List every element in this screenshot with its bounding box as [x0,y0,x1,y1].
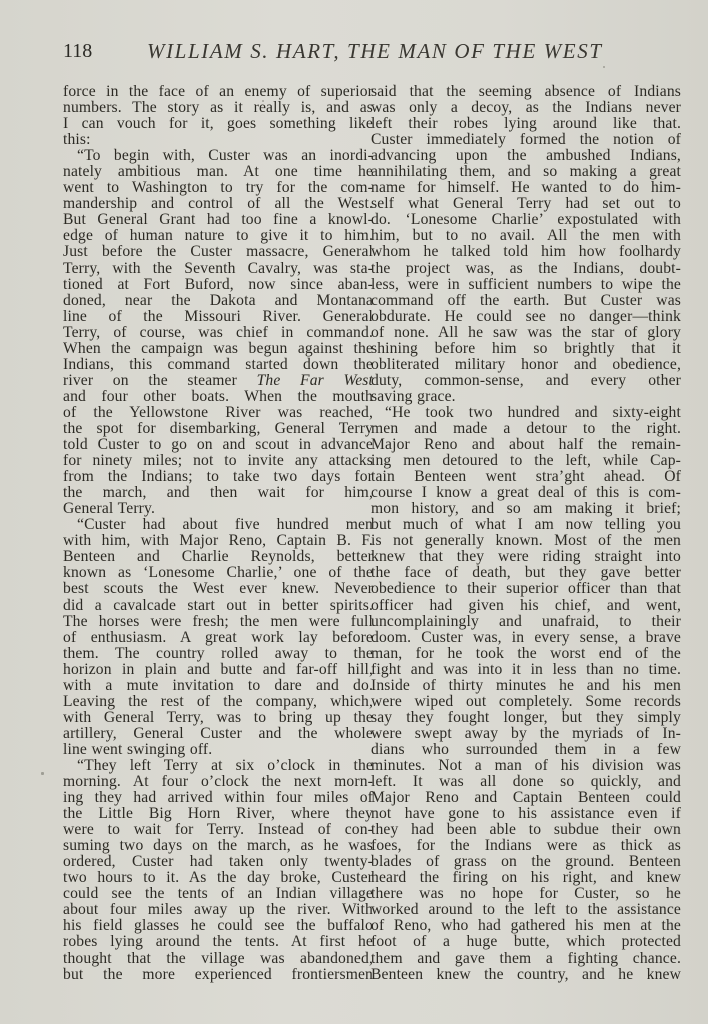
text-line: river on the steamer The Far West [63,373,373,389]
text-line: told Custer to go on and scout in advanc… [63,437,373,453]
text-line: blades of grass on the ground. Benteen [371,854,681,870]
text-line: duty, common-sense, and every other [371,373,681,389]
text-line: obedience to their superior officer than… [371,581,681,597]
text-line: went to Washington to try for the com- [63,180,373,196]
text-line: suming two days on the march, as he was [63,838,373,854]
text-line: could see the tents of an Indian village [63,886,373,902]
text-line: say they fought longer, but they simply [371,710,681,726]
text-line: General Terry. [63,501,373,517]
text-line: is not generally known. Most of the men [371,533,681,549]
text-line: known as ‘Lonesome Charlie,’ one of the [63,565,373,581]
text-line: command off the earth. But Custer was [371,293,681,309]
text-line: for ninety miles; not to invite any atta… [63,453,373,469]
text-line: uncomplainingly and unafraid, to their [371,614,681,630]
text-line: Terry, of course, was chief in command. [63,325,373,341]
text-line: line of the Missouri River. General [63,309,373,325]
text-line: morning. At four o’clock the next morn- [63,774,373,790]
text-line: from the Indians; to take two days for [63,469,373,485]
text-line: I can vouch for it, goes something like [63,116,373,132]
text-line: they had been able to subdue their own [371,822,681,838]
text-line: were swept away by the myriads of In- [371,726,681,742]
text-line: said that the seeming absence of Indians [371,84,681,100]
page-number: 118 [63,40,92,63]
text-line: numbers. The story as it really is, and … [63,100,373,116]
text-line: force in the face of an enemy of superio… [63,84,373,100]
text-line: thought that the village was abandoned, [63,951,373,967]
text-line: them and gave them a fighting chance. [371,951,681,967]
text-line: of enthusiasm. A great work lay before [63,630,373,646]
text-line: When the campaign was begun against the [63,341,373,357]
text-line: two hours to it. As the day broke, Custe… [63,870,373,886]
text-line: Just before the Custer massacre, General [63,244,373,260]
text-line: with him, with Major Reno, Captain B. F. [63,533,373,549]
text-line: the march, and then wait for him, [63,485,373,501]
text-line: annihilating them, and so making a great [371,164,681,180]
text-line: knew that they were riding straight into [371,549,681,565]
text-line: man, for he took the worst end of the [371,646,681,662]
text-line: of none. All he saw was the star of glor… [371,325,681,341]
text-line: were to wait for Terry. Instead of con- [63,822,373,838]
text-line: heard the firing on his right, and knew [371,870,681,886]
text-line: Leaving the rest of the company, which, [63,694,373,710]
text-line: men and made a detour to the right. [371,421,681,437]
text-line: robes lying around the tents. At first h… [63,934,373,950]
paper-speck [262,100,264,102]
paper-speck [594,49,596,51]
text-line: mandership and control of all the West. [63,196,373,212]
text-line: ordered, Custer had taken only twenty- [63,854,373,870]
text-line: Major Reno and about half the remain- [371,437,681,453]
text-line: Custer immediately formed the notion of [371,132,681,148]
text-line: about four miles away up the river. With [63,902,373,918]
text-line: but the more experienced frontiersmen [63,967,373,983]
text-line: obdurate. He could see no danger—think [371,309,681,325]
text-line: The horses were fresh; the men were full [63,614,373,630]
left-text-column: force in the face of an enemy of superio… [63,84,373,983]
text-line: and four other boats. When the mouth [63,389,373,405]
text-line: of Reno, who had gathered his men at the [371,918,681,934]
text-line: the spot for disembarking, General Terry [63,421,373,437]
text-line: nately ambitious man. At one time he [63,164,373,180]
text-line: Indians, this command started down the [63,357,373,373]
text-line: but much of what I am now telling you [371,517,681,533]
text-line: “They left Terry at six o’clock in the [63,758,373,774]
text-line: tioned at Fort Buford, now since aban- [63,277,373,293]
text-line: edge of human nature to give it to him. [63,228,373,244]
text-line: best scouts the West ever knew. Never [63,581,373,597]
text-line: self what General Terry had set out to [371,196,681,212]
paper-speck [41,772,44,775]
text-line: saving grace. [371,389,681,405]
text-line: “To begin with, Custer was an inordi- [63,148,373,164]
text-line: advancing upon the ambushed Indians, [371,148,681,164]
text-line: left. It was all done so quickly, and [371,774,681,790]
right-text-column: said that the seeming absence of Indians… [371,84,681,983]
text-line: the project was, as the Indians, doubt- [371,261,681,277]
text-line: was only a decoy, as the Indians never [371,100,681,116]
text-line: mon history, and so am making it brief; [371,501,681,517]
text-line: artillery, General Custer and the whole [63,726,373,742]
text-line: Inside of thirty minutes he and his men [371,678,681,694]
text-line: there was no hope for Custer, so he [371,886,681,902]
text-line: horizon in plain and butte and far-off h… [63,662,373,678]
text-line: ing men detoured to the left, while Cap- [371,453,681,469]
text-line: the Little Big Horn River, where they [63,806,373,822]
text-line: whom he talked told him how foolhardy [371,244,681,260]
text-line: “He took two hundred and sixty-eight [371,405,681,421]
running-head: WILLIAM S. HART, THE MAN OF THE WEST [147,39,603,64]
page-header: 118 WILLIAM S. HART, THE MAN OF THE WEST [63,40,623,68]
text-line: his field glasses he could see the buffa… [63,918,373,934]
text-line: doom. Custer was, in every sense, a brav… [371,630,681,646]
text-line: foot of a huge butte, which protected [371,934,681,950]
book-page: 118 WILLIAM S. HART, THE MAN OF THE WEST… [0,0,708,1024]
text-line: course I know a great deal of this is co… [371,485,681,501]
text-line: But General Grant had too fine a knowl- [63,212,373,228]
text-line: the face of death, but they gave better [371,565,681,581]
text-line: with General Terry, was to bring up the [63,710,373,726]
text-line: dians who surrounded them in a few [371,742,681,758]
text-line: them. The country rolled away to the [63,646,373,662]
text-line: were wiped out completely. Some records [371,694,681,710]
text-line: line went swinging off. [63,742,373,758]
text-line: minutes. Not a man of his division was [371,758,681,774]
text-line: fight and was into it in less than no ti… [371,662,681,678]
text-line: doned, near the Dakota and Montana [63,293,373,309]
text-line: Major Reno and Captain Benteen could [371,790,681,806]
text-line: tain Benteen went stra’ght ahead. Of [371,469,681,485]
text-line: officer had given his chief, and went, [371,598,681,614]
text-line: Terry, with the Seventh Cavalry, was sta… [63,261,373,277]
text-line: foes, for the Indians were as thick as [371,838,681,854]
text-line: less, were in sufficient numbers to wipe… [371,277,681,293]
text-line: worked around to the left to the assista… [371,902,681,918]
text-line: “Custer had about five hundred men [63,517,373,533]
text-line: of the Yellowstone River was reached, [63,405,373,421]
text-line: obliterated military honor and obedience… [371,357,681,373]
text-line: not have gone to his assistance even if [371,806,681,822]
text-line: shining before him so brightly that it [371,341,681,357]
text-line: did a cavalcade start out in better spir… [63,598,373,614]
text-line: ing they had arrived within four miles o… [63,790,373,806]
text-line: Benteen and Charlie Reynolds, better [63,549,373,565]
text-line: name for himself. He wanted to do him- [371,180,681,196]
text-line: do. ‘Lonesome Charlie’ expostulated with [371,212,681,228]
text-line: with a mute invitation to dare and do. [63,678,373,694]
paper-speck [603,66,605,68]
text-line: Benteen knew the country, and he knew [371,967,681,983]
text-line: left their robes lying around like that. [371,116,681,132]
text-line: this: [63,132,373,148]
text-line: him, but to no avail. All the men with [371,228,681,244]
